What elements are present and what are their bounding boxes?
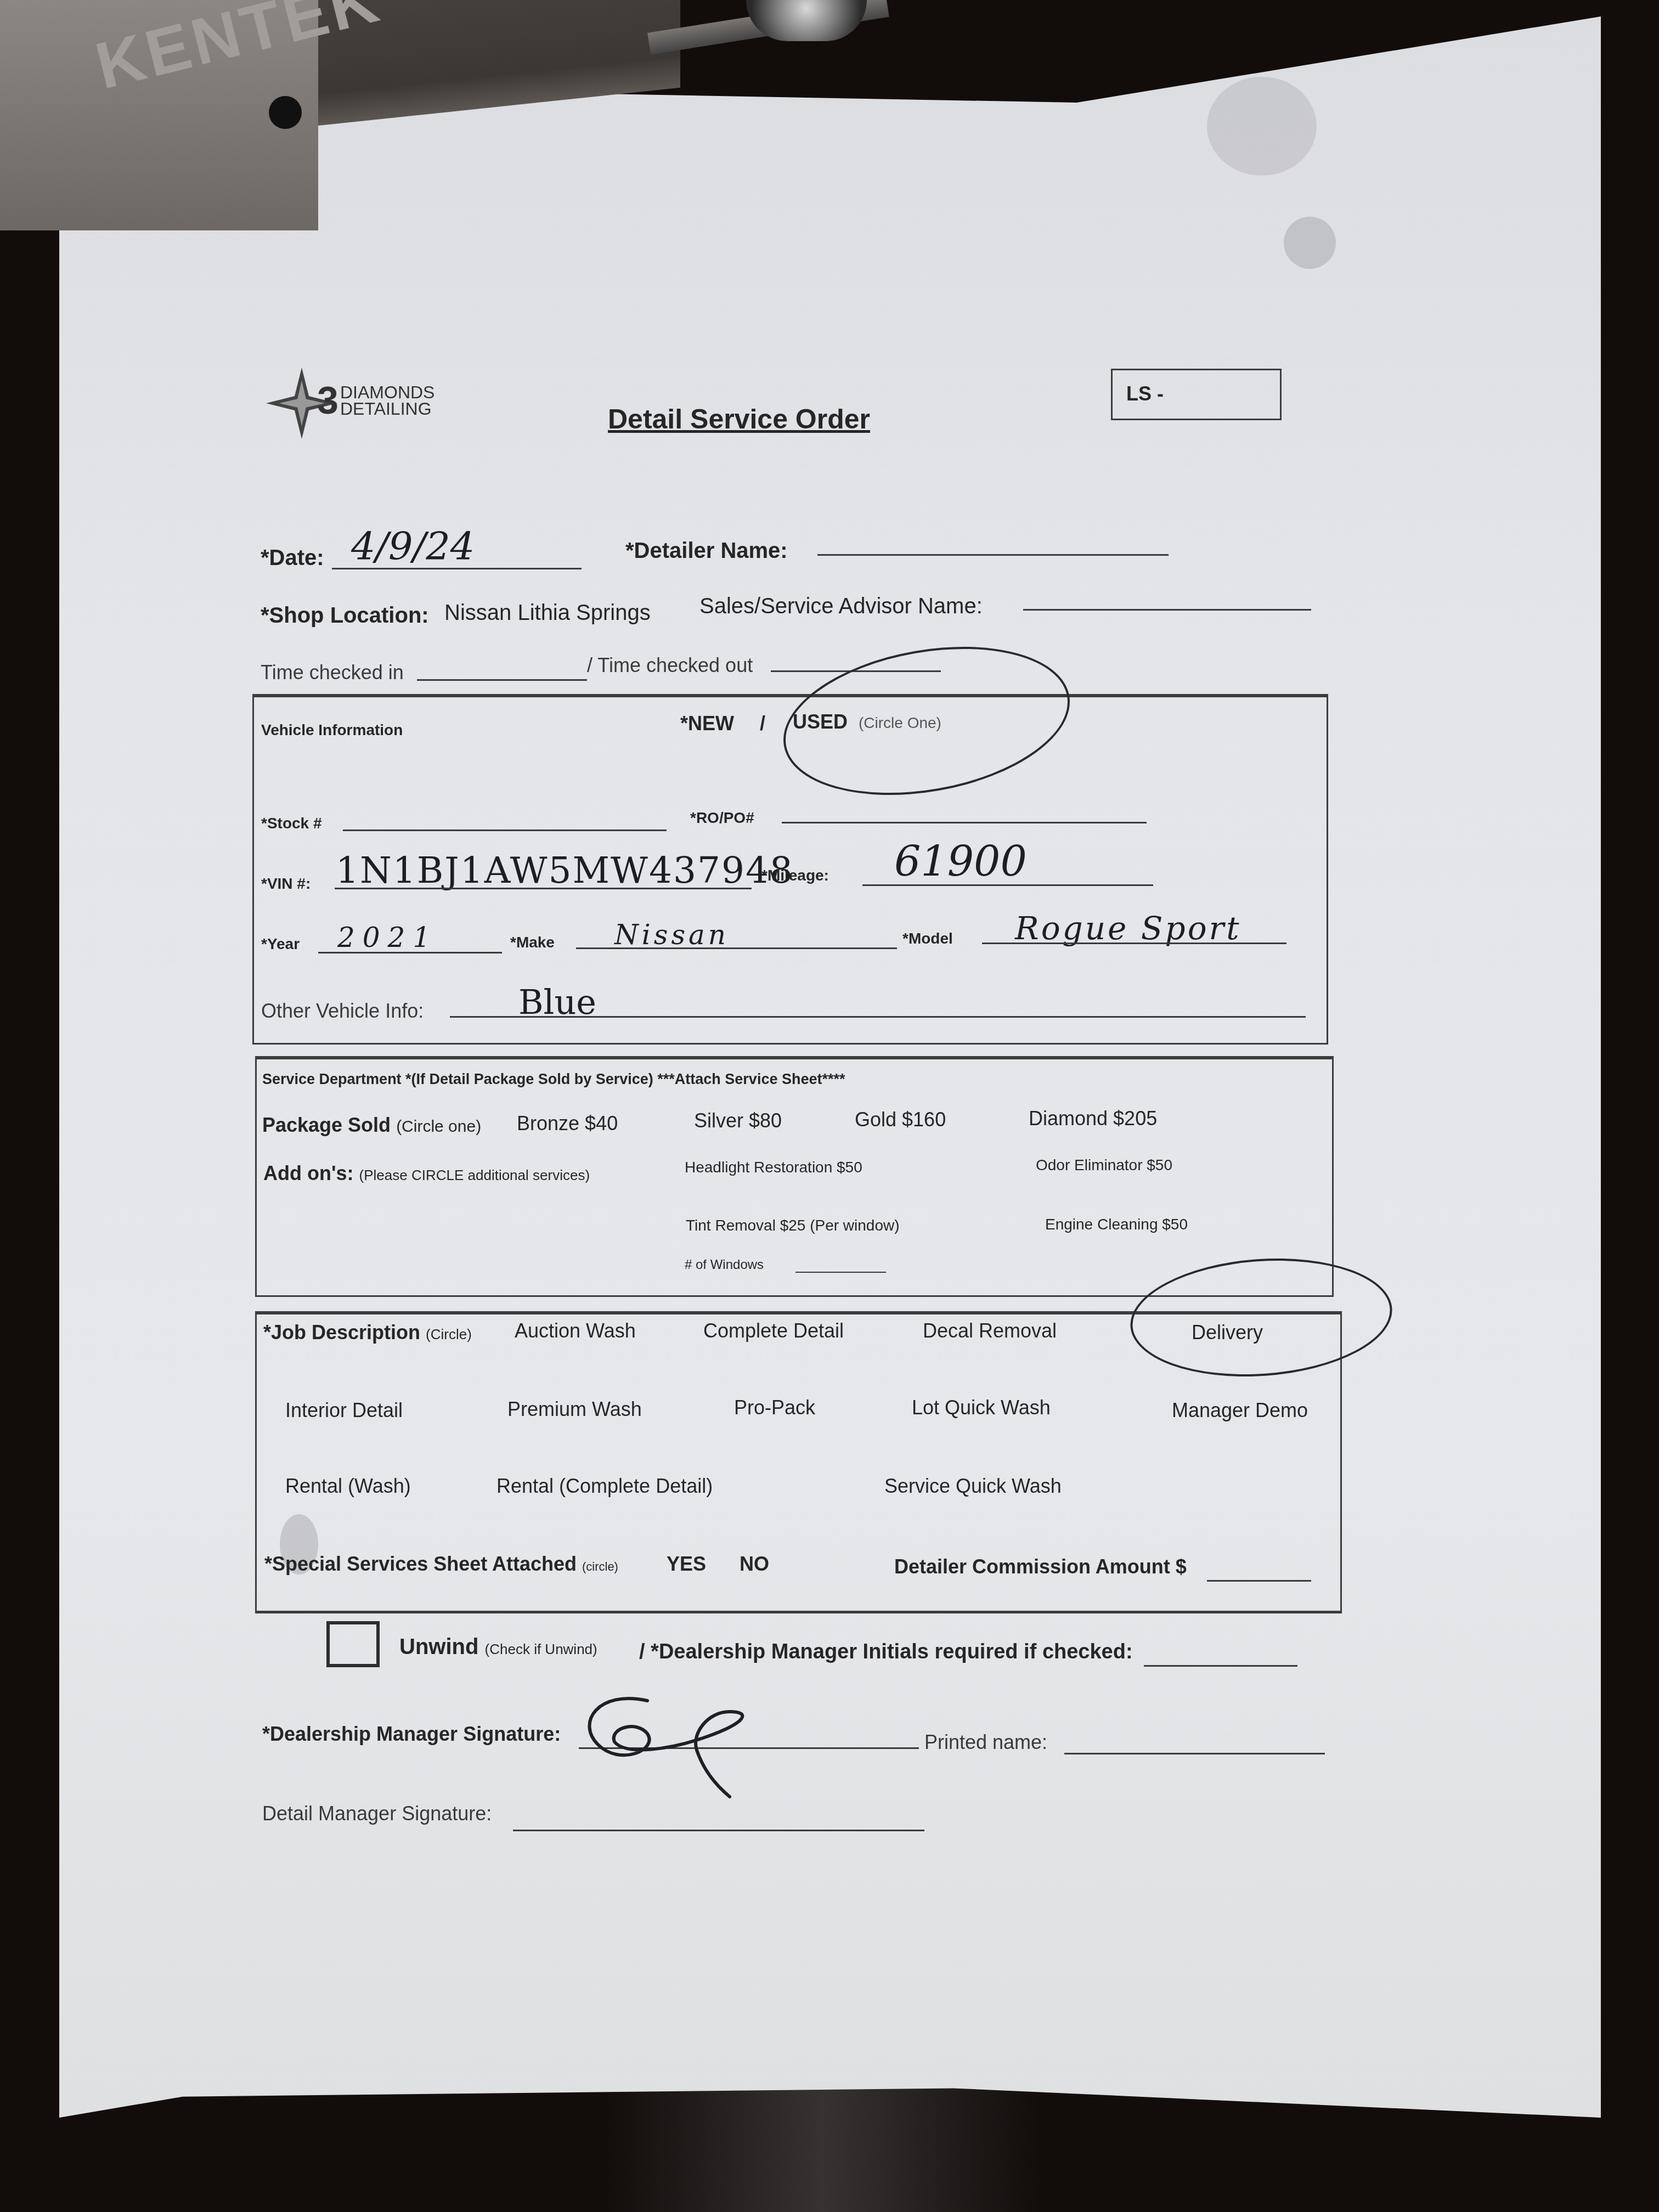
special-services-text: *Special Services Sheet Attached: [264, 1553, 577, 1575]
mileage-label: *Mileage:: [761, 867, 829, 884]
model-field-line: [982, 943, 1286, 944]
make-value[interactable]: Nissan: [614, 919, 729, 951]
special-services-no[interactable]: NO: [740, 1553, 769, 1576]
windows-count-label: # of Windows: [685, 1257, 764, 1273]
unwind-hint: (Check if Unwind): [485, 1641, 597, 1657]
time-in-field[interactable]: [417, 679, 587, 681]
addon-engine-cleaning[interactable]: Engine Cleaning $50: [1045, 1216, 1188, 1233]
job-description-hint: (Circle): [426, 1326, 472, 1342]
package-price: $40: [585, 1112, 618, 1135]
order-number-box[interactable]: LS -: [1111, 369, 1282, 420]
mileage-value[interactable]: 61900: [894, 837, 1027, 885]
make-field-line: [576, 947, 897, 949]
commission-label: Detailer Commission Amount $: [894, 1555, 1187, 1578]
addon-tint-removal[interactable]: Tint Removal $25 (Per window): [686, 1217, 900, 1234]
unwind-label: Unwind (Check if Unwind): [399, 1635, 597, 1660]
date-field-line: [332, 568, 582, 569]
job-option-decal-removal[interactable]: Decal Removal: [923, 1319, 1057, 1342]
page-title: Detail Service Order: [608, 403, 870, 435]
package-name: Diamond: [1029, 1107, 1108, 1130]
detail-service-order-form: 3 DIAMONDS DETAILING Detail Service Orde…: [0, 0, 1659, 2212]
package-sold-hint: (Circle one): [396, 1118, 481, 1136]
signature-scribble-icon: [565, 1690, 801, 1799]
addons-hint: (Please CIRCLE additional services): [359, 1167, 590, 1183]
package-option-diamond[interactable]: Diamond $205: [1029, 1107, 1157, 1130]
job-option-rental-wash[interactable]: Rental (Wash): [285, 1475, 411, 1498]
model-value[interactable]: Rogue Sport: [1015, 910, 1242, 947]
detailer-name-field[interactable]: [817, 554, 1169, 556]
logo-numeral: 3: [317, 379, 338, 422]
special-services-yes[interactable]: YES: [667, 1553, 706, 1576]
shop-location-value: Nissan Lithia Springs: [444, 601, 651, 625]
windows-count-field[interactable]: [795, 1272, 886, 1273]
job-option-premium-wash[interactable]: Premium Wash: [507, 1398, 642, 1421]
job-description-text: *Job Description: [263, 1321, 420, 1344]
ro-po-field[interactable]: [782, 822, 1147, 823]
manager-initials-field[interactable]: [1144, 1665, 1297, 1667]
model-label: *Model: [902, 930, 953, 947]
other-info-label: Other Vehicle Info:: [261, 1000, 424, 1023]
addon-headlight-restoration[interactable]: Headlight Restoration $50: [685, 1159, 862, 1176]
job-option-interior-detail[interactable]: Interior Detail: [285, 1399, 403, 1422]
addon-odor-eliminator[interactable]: Odor Eliminator $50: [1036, 1156, 1172, 1174]
vin-field-line: [335, 888, 752, 889]
package-name: Bronze: [517, 1112, 579, 1135]
advisor-name-field[interactable]: [1023, 609, 1311, 611]
vehicle-section-title: Vehicle Information: [261, 721, 403, 739]
special-services-hint: (circle): [582, 1560, 618, 1573]
year-field-line: [318, 952, 502, 953]
package-name: Gold: [855, 1108, 896, 1131]
condition-separator: /: [760, 712, 765, 735]
job-option-auction-wash[interactable]: Auction Wash: [515, 1319, 636, 1342]
vin-label: *VIN #:: [261, 875, 311, 893]
detailer-name-label: *Detailer Name:: [625, 539, 788, 563]
date-value[interactable]: 4/9/24: [351, 524, 475, 569]
package-sold-label: Package Sold (Circle one): [262, 1114, 481, 1137]
job-option-manager-demo[interactable]: Manager Demo: [1172, 1399, 1308, 1422]
time-in-label: Time checked in: [261, 661, 404, 684]
job-option-complete-detail[interactable]: Complete Detail: [703, 1319, 844, 1342]
order-number-label: LS -: [1126, 382, 1164, 405]
addons-text: Add on's:: [263, 1162, 354, 1184]
company-logo: DIAMONDS DETAILING: [340, 384, 435, 417]
package-name: Silver: [694, 1109, 743, 1132]
job-option-pro-pack[interactable]: Pro-Pack: [734, 1396, 815, 1419]
job-option-service-quick-wash[interactable]: Service Quick Wash: [884, 1475, 1062, 1498]
package-price: $205: [1113, 1107, 1157, 1130]
job-option-lot-quick-wash[interactable]: Lot Quick Wash: [912, 1396, 1051, 1419]
advisor-name-label: Sales/Service Advisor Name:: [699, 594, 983, 619]
logo-line-2: DETAILING: [340, 400, 435, 417]
detail-manager-signature-label: Detail Manager Signature:: [262, 1802, 492, 1825]
service-section-title: Service Department *(If Detail Package S…: [262, 1071, 845, 1088]
ro-po-label: *RO/PO#: [690, 809, 754, 827]
special-services-label: *Special Services Sheet Attached (circle…: [264, 1553, 618, 1576]
year-value[interactable]: 2021: [337, 922, 438, 953]
package-option-silver[interactable]: Silver $80: [694, 1109, 782, 1132]
printed-name-field[interactable]: [1064, 1753, 1325, 1754]
job-description-label: *Job Description (Circle): [263, 1321, 472, 1344]
package-option-gold[interactable]: Gold $160: [855, 1108, 946, 1131]
stock-number-label: *Stock #: [261, 815, 322, 832]
shop-location-label: *Shop Location:: [261, 603, 429, 628]
commission-field[interactable]: [1207, 1580, 1311, 1582]
package-price: $80: [749, 1109, 782, 1132]
job-option-rental-complete-detail[interactable]: Rental (Complete Detail): [496, 1475, 713, 1498]
time-out-label: / Time checked out: [587, 654, 753, 677]
addons-label: Add on's: (Please CIRCLE additional serv…: [263, 1162, 590, 1185]
mileage-field-line: [862, 884, 1153, 886]
make-label: *Make: [510, 934, 555, 951]
printed-name-label: Printed name:: [924, 1731, 1047, 1754]
package-price: $160: [902, 1108, 946, 1131]
detail-manager-signature-field[interactable]: [513, 1830, 924, 1831]
date-label: *Date:: [261, 546, 324, 571]
manager-initials-label: / *Dealership Manager Initials required …: [639, 1640, 1133, 1664]
logo-line-1: DIAMONDS: [340, 384, 435, 400]
stock-number-field[interactable]: [343, 830, 667, 831]
package-sold-text: Package Sold: [262, 1114, 391, 1136]
package-option-bronze[interactable]: Bronze $40: [517, 1112, 618, 1135]
year-label: *Year: [261, 935, 300, 953]
unwind-text: Unwind: [399, 1635, 478, 1659]
unwind-checkbox[interactable]: [326, 1621, 380, 1667]
other-info-field-line: [450, 1016, 1306, 1018]
vin-value[interactable]: 1N1BJ1AW5MW437948: [336, 849, 794, 891]
dealership-signature-label: *Dealership Manager Signature:: [262, 1723, 561, 1746]
condition-new-option[interactable]: *NEW: [680, 712, 734, 735]
